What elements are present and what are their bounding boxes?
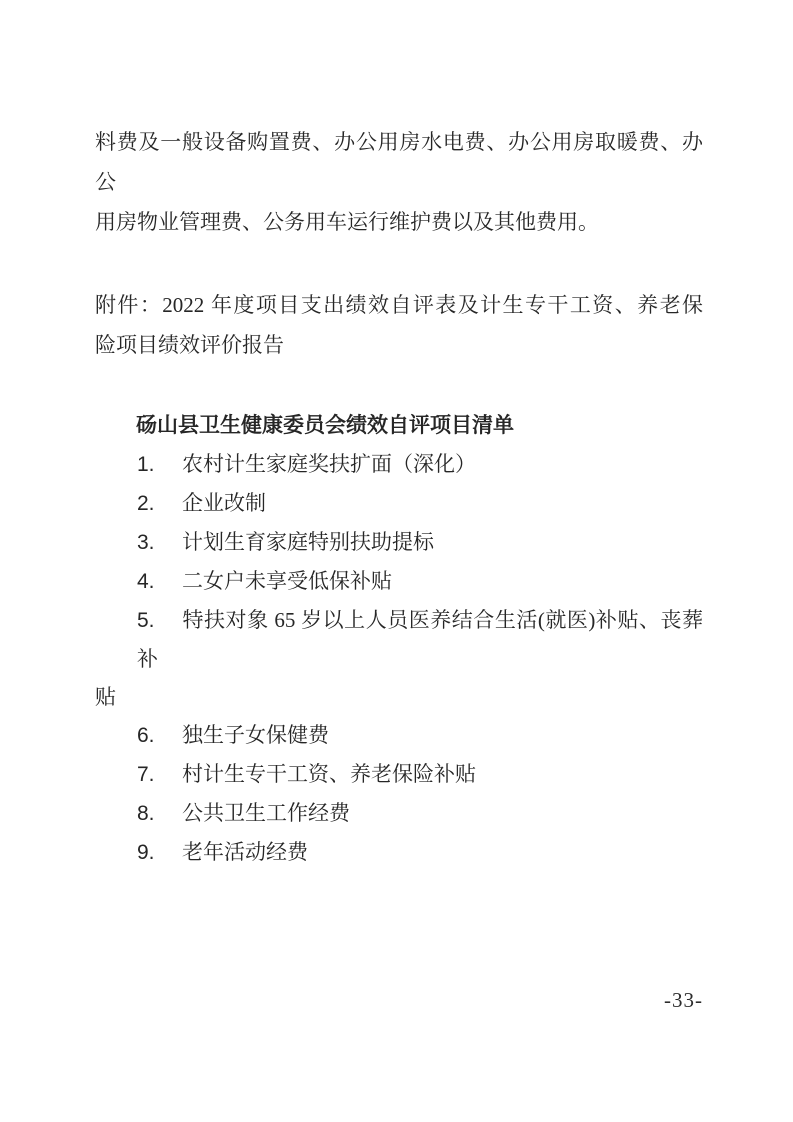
- list-item-number: 2.: [137, 485, 182, 523]
- list-item: 8.公共卫生工作经费: [137, 794, 703, 833]
- list-item-number: 8.: [137, 795, 182, 833]
- paragraph-line: 险项目绩效评价报告: [95, 325, 703, 365]
- paragraph-line: 料费及一般设备购置费、办公用房水电费、办公用房取暖费、办公: [95, 122, 703, 202]
- paragraph-office-fees: 料费及一般设备购置费、办公用房水电费、办公用房取暖费、办公 用房物业管理费、公务…: [95, 122, 703, 242]
- list-item-text: 特扶对象 65 岁以上人员医养结合生活(就医)补贴、丧葬补: [137, 608, 703, 671]
- list-item-text: 公共卫生工作经费: [182, 801, 350, 825]
- list-item-number: 5.: [137, 602, 182, 640]
- list-item: 4.二女户未享受低保补贴: [137, 562, 703, 601]
- list-item-wrap-line: 贴: [95, 678, 703, 716]
- list-item-text: 村计生专干工资、养老保险补贴: [182, 762, 476, 786]
- list-item: 1.农村计生家庭奖扶扩面（深化）: [137, 445, 703, 484]
- list-item-number: 7.: [137, 756, 182, 794]
- list-heading: 砀山县卫生健康委员会绩效自评项目清单: [136, 405, 703, 445]
- list-item: 5.特扶对象 65 岁以上人员医养结合生活(就医)补贴、丧葬补 贴: [95, 601, 703, 716]
- document-page: 料费及一般设备购置费、办公用房水电费、办公用房取暖费、办公 用房物业管理费、公务…: [0, 0, 793, 1122]
- project-list: 1.农村计生家庭奖扶扩面（深化） 2.企业改制 3.计划生育家庭特别扶助提标 4…: [95, 445, 703, 872]
- list-item: 2.企业改制: [137, 484, 703, 523]
- list-item-text: 独生子女保健费: [182, 723, 329, 747]
- list-item-text: 企业改制: [182, 491, 266, 515]
- list-item: 9.老年活动经费: [137, 833, 703, 872]
- list-item-text: 计划生育家庭特别扶助提标: [182, 530, 434, 554]
- list-item-number: 6.: [137, 717, 182, 755]
- list-item-line: 5.特扶对象 65 岁以上人员医养结合生活(就医)补贴、丧葬补: [137, 601, 703, 678]
- paragraph-line: 用房物业管理费、公务用车运行维护费以及其他费用。: [95, 202, 703, 242]
- list-item-text: 老年活动经费: [182, 840, 308, 864]
- list-item-number: 9.: [137, 834, 182, 872]
- document-content: 料费及一般设备购置费、办公用房水电费、办公用房取暖费、办公 用房物业管理费、公务…: [95, 122, 703, 872]
- list-item: 7.村计生专干工资、养老保险补贴: [137, 755, 703, 794]
- list-item-text: 农村计生家庭奖扶扩面（深化）: [182, 452, 476, 476]
- page-number: -33-: [664, 988, 703, 1013]
- list-item-number: 4.: [137, 563, 182, 601]
- paragraph-attachment: 附件：2022 年度项目支出绩效自评表及计生专干工资、养老保 险项目绩效评价报告: [95, 285, 703, 365]
- list-item: 6.独生子女保健费: [137, 716, 703, 755]
- list-item: 3.计划生育家庭特别扶助提标: [137, 523, 703, 562]
- list-item-text: 二女户未享受低保补贴: [182, 569, 392, 593]
- paragraph-line: 附件：2022 年度项目支出绩效自评表及计生专干工资、养老保: [95, 285, 703, 325]
- list-item-number: 3.: [137, 524, 182, 562]
- list-item-number: 1.: [137, 446, 182, 484]
